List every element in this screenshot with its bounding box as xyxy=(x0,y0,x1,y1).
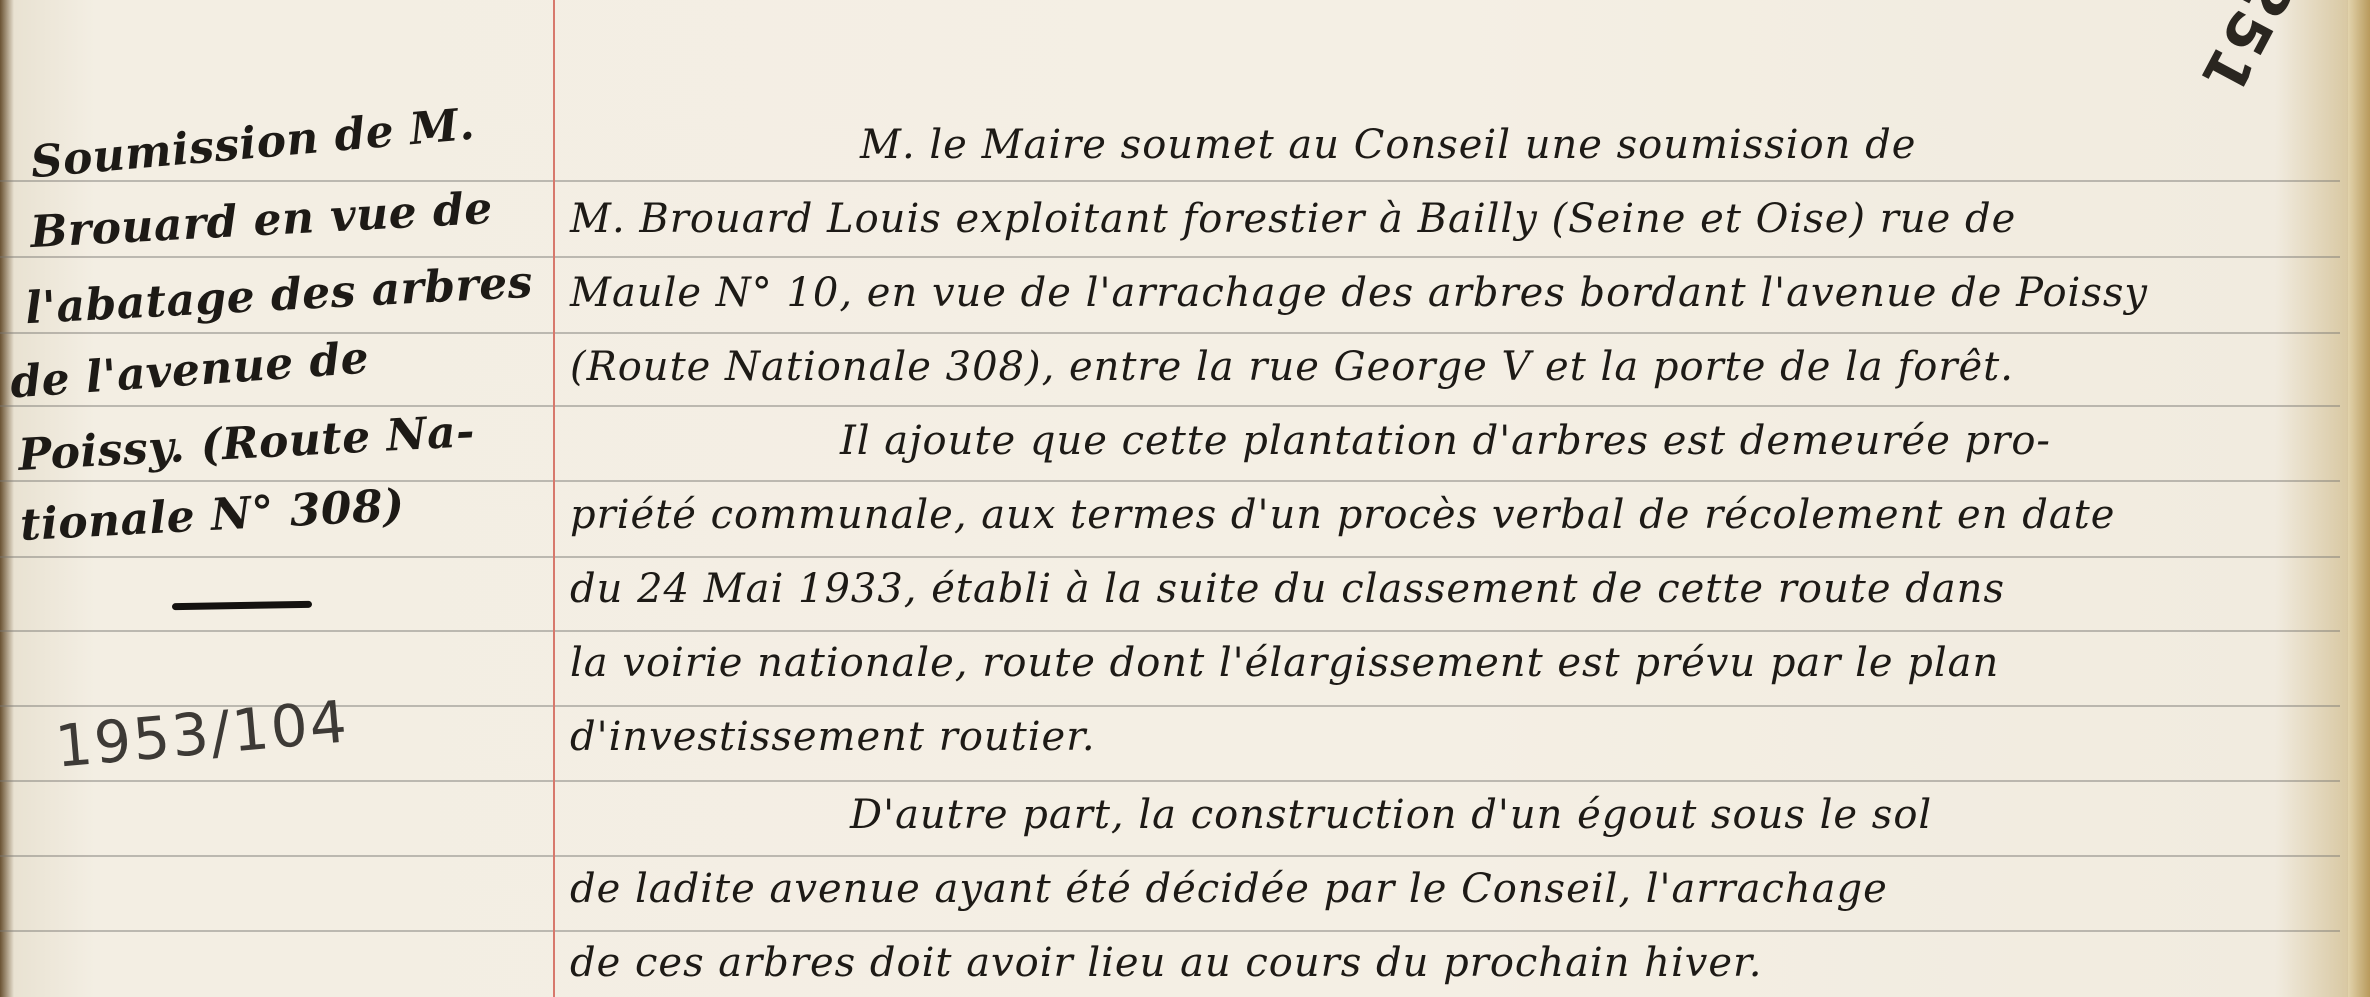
margin-note-line: Brouard en vue de xyxy=(29,183,494,258)
body-line: Maule N° 10, en vue de l'arrachage des a… xyxy=(570,270,2148,316)
ruled-line xyxy=(0,930,2340,932)
body-line: (Route Nationale 308), entre la rue Geor… xyxy=(570,344,2014,390)
body-line: la voirie nationale, route dont l'élargi… xyxy=(570,640,1999,686)
body-line: Il ajoute que cette plantation d'arbres … xyxy=(840,418,2051,464)
margin-note-line: Soumission de M. xyxy=(29,99,477,189)
margin-rule xyxy=(553,0,555,997)
margin-note-line: tionale N° 308) xyxy=(19,480,406,551)
ruled-line xyxy=(0,556,2340,558)
body-line: M. Brouard Louis exploitant forestier à … xyxy=(570,196,2016,242)
binding-shadow xyxy=(0,0,14,997)
register-page: 251 Soumission de M. Brouard en vue de l… xyxy=(0,0,2370,997)
margin-note-line: l'abatage des arbres xyxy=(24,257,534,335)
ruled-line xyxy=(0,855,2340,857)
page-edge xyxy=(2348,0,2370,997)
body-line: D'autre part, la construction d'un égout… xyxy=(850,792,1932,838)
archive-reference: 1953/104 xyxy=(53,687,352,780)
separator-dash xyxy=(172,601,312,610)
ruled-line xyxy=(0,405,2340,407)
body-line: M. le Maire soumet au Conseil une soumis… xyxy=(860,122,1916,168)
body-line: de ladite avenue ayant été décidée par l… xyxy=(570,866,1888,912)
body-line: priété communale, aux termes d'un procès… xyxy=(570,492,2115,538)
ruled-line xyxy=(0,256,2340,258)
margin-note-line: Poissy. (Route Na- xyxy=(17,406,476,481)
ruled-line xyxy=(0,705,2340,707)
body-line: d'investissement routier. xyxy=(570,714,1096,760)
ruled-line xyxy=(0,180,2340,182)
page-number: 251 xyxy=(2187,0,2307,106)
body-line: du 24 Mai 1933, établi à la suite du cla… xyxy=(570,566,2005,612)
margin-note-line: de l'avenue de xyxy=(9,333,371,409)
ruled-line xyxy=(0,780,2340,782)
body-line: de ces arbres doit avoir lieu au cours d… xyxy=(570,940,1762,986)
ruled-line xyxy=(0,630,2340,632)
